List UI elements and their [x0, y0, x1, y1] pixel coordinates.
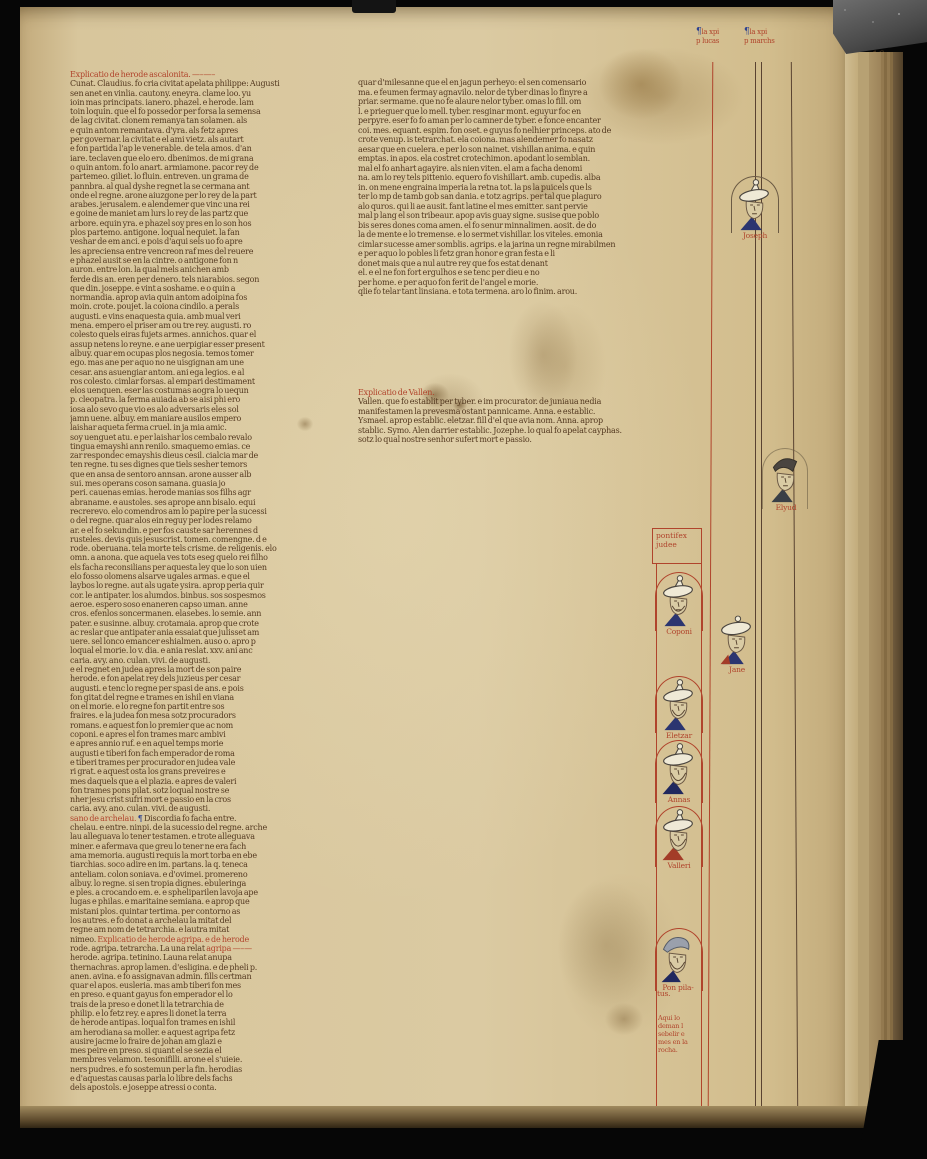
portrait-valleri: Valleri: [656, 808, 702, 870]
text-line: herode. e fon apelat rey dels juzieus pe…: [70, 674, 392, 683]
text-line: mes en la: [658, 1038, 688, 1046]
text-line: in. on mene engraina imperia la retna to…: [358, 183, 702, 193]
pontifex-label: pontifex: [656, 531, 687, 540]
rubric-text: Explicatio de herode agripa. e de herode: [97, 935, 249, 944]
rubric-text: sano de archelau.: [70, 814, 138, 823]
head-with-pointed-hat-icon: [714, 612, 758, 668]
text-line: iare. teclaven que elo ero. dbenimos. de…: [70, 154, 392, 163]
text-line: laybos lo regne. aut als ugate ysira. ap…: [70, 581, 392, 590]
text-line: onde el regne. arone aiuzgone per lo rey…: [70, 191, 392, 200]
black-frame-left: [0, 0, 20, 1159]
text-line: e ples. a crocando em. e. e spheliparile…: [70, 888, 392, 897]
text-line: auron. entre lon. la qual mels anichen a…: [70, 265, 392, 274]
text-line: augusti. e vins enaquesta quia. amb mual…: [70, 312, 392, 321]
text-line: Aqui lo: [658, 1014, 688, 1022]
text-line: veshar de em anci. e pois d'aqui sels uo…: [70, 237, 392, 246]
text-line: peri. cauenas emias. herode manias sos f…: [70, 488, 392, 497]
text-line: perpyre. eser fo fo aman per lo camner d…: [358, 116, 702, 126]
text-line: Vallen. que fo establit per tyber. e im …: [358, 397, 702, 407]
text-line: regne am nom de tetrarchia. e lautra mit…: [70, 925, 392, 934]
text-line: alo quros. qui li ae ausit. fant latine …: [358, 202, 702, 212]
text-line: cros. efenlos soncermanen. elasebes. lo …: [70, 609, 392, 618]
portrait-joseph: Joseph: [732, 178, 778, 240]
text-line: o quin antom. fo lo anart. armiamone. pa…: [70, 163, 392, 172]
portrait-eletzar: Eletzar: [656, 678, 702, 740]
text-line: sotz lo qual nostre senhor sufert mort e…: [358, 435, 702, 445]
text-line: o del regne. quar alos ein reguy per lod…: [70, 516, 392, 525]
text-block: Vallen. que fo establit per tyber. e im …: [358, 397, 702, 445]
text-line: ausire jacme lo fraire de johan am glazi…: [70, 1037, 392, 1046]
text-line: coi. mes. equant. espim. fon oset. e guy…: [358, 126, 702, 136]
text-block: quar d'milesanne que el en jagun perheyo…: [358, 78, 702, 297]
text-line: ioin mas principats. ianero. phazel. e h…: [70, 98, 392, 107]
black-frame-right: [903, 0, 927, 1159]
text-line: fon gitat del regne e trames en ishil en…: [70, 693, 392, 702]
text-line: e goine de maniet am lurs lo rey de las …: [70, 209, 392, 218]
text-line: moin. crote. poujet. la coiona cindilo. …: [70, 302, 392, 311]
text-line: augusti e tiberi fon fach emperador de r…: [70, 749, 392, 758]
text-line: ter lo mp de tamb gob san dania. e totz …: [358, 192, 702, 202]
text-line: toin loquin. que el fo possedor per fors…: [70, 107, 392, 116]
pilate-caption: Aqui lodeman lsebelir emes en larocha.: [658, 1014, 688, 1054]
text-line: albuy. quar em ocupas plos negosia. temo…: [70, 349, 392, 358]
text-line: aeroe. espero soso enaneren capso uman. …: [70, 600, 392, 609]
portrait-pilatus: Pon pila- tus.: [655, 930, 701, 998]
text-line: p. cleopatra. la ferma auiada ab se aisi…: [70, 395, 392, 404]
text-line: rocha.: [658, 1046, 688, 1054]
text-line: cimlar sucesse amer somblis. agrips. e l…: [358, 240, 702, 250]
text-line: mena. empero el priser am ou tre rey. au…: [70, 321, 392, 330]
text-line: cesar. ans asuengiar antom. ani ega legi…: [70, 368, 392, 377]
text-line: Ysmael. aprop establic. eletzar. fill d'…: [358, 416, 702, 426]
text-line: e d'aquestas causas parla lo libre dels …: [70, 1074, 392, 1083]
text-line: el. e el ne fon fort ergulhos e se tenc …: [358, 268, 702, 278]
portrait-annas: Annas: [656, 742, 702, 804]
text-line: mal p lang el son tribeaur. apop avis gu…: [358, 211, 702, 221]
text-line: e quin antom remantava. d'yra. als fetz …: [70, 126, 392, 135]
text-line: ar. e el fo sekundin. e per fos causte s…: [70, 526, 392, 535]
text-line: miner. e afermava que greu lo tener ne e…: [70, 842, 392, 851]
portrait-jane: Jane: [714, 612, 760, 674]
text-line: la de mente e lo tremense. e lo sermet v…: [358, 230, 702, 240]
text-line: normandia. aprop avia quin antom adoipin…: [70, 293, 392, 302]
text-line: e apres annio ruf. e en aquel temps mori…: [70, 739, 392, 748]
text-line: Discordia fo facha entre.: [144, 814, 236, 823]
text-line: elo fosso olomens alsarve ugales armas. …: [70, 572, 392, 581]
text-line: caria. avy. ano. culan. vivi. de augusti…: [70, 656, 392, 665]
text-line: mes peire en preso. si quant el se sezia…: [70, 1046, 392, 1055]
text-line: de lag civitat. clonem remanya tan solam…: [70, 116, 392, 125]
black-frame-bottom: [0, 1128, 927, 1159]
text-line: ri grat. e aquest osta los grans preveir…: [70, 767, 392, 776]
text-line: e el regnet en judea apres la mort de so…: [70, 665, 392, 674]
text-line: trais de la preso e donet li la tetrarch…: [70, 1000, 392, 1009]
text-line: recrerevo. elo comendros am lo papire pe…: [70, 507, 392, 516]
text-line: on el morie. e lo regne fon partit entre…: [70, 702, 392, 711]
text-line: nimeo.: [70, 935, 97, 944]
text-line: mistani plos. quintar tertima. per conto…: [70, 907, 392, 916]
text-line: jamn uene. albuy. em maniare ausilos emp…: [70, 414, 392, 423]
text-line: albuy. lo regne. si sen tropia dignes. e…: [70, 879, 392, 888]
text-line: anen. avina. e fo assignavan admin. fill…: [70, 972, 392, 981]
text-line: mes daquels que a el plazia. e apres de …: [70, 777, 392, 786]
text-line: arabes. jerusalem. e alendemer que vinc …: [70, 200, 392, 209]
portrait-label: Eletzar: [656, 732, 702, 740]
page-edge: [869, 52, 881, 1118]
text-line: stablic. Symo. Alen darrier establic. Jo…: [358, 426, 702, 436]
text-line: laishar aqueta ferma cruel. in ja mia am…: [70, 423, 392, 432]
text-line: e tiberi trames per procurador en judea …: [70, 758, 392, 767]
text-line: anteliam. colon soniava. e d'ovimei. pro…: [70, 870, 392, 879]
portrait-elyud: Elyud: [763, 450, 809, 512]
text-line: dels apostols. e joseppe atressi o conta…: [70, 1083, 392, 1092]
text-line: thernachras. aprop lamen. d'esligina. e …: [70, 963, 392, 972]
text-line: ego. mas ane per aquo no ne uisgignan am…: [70, 358, 392, 367]
header-tab-lucas: ¶la xpi p lucas: [696, 28, 740, 45]
left-text-column: Explicatio de herode ascalonita. —–—– Cu…: [70, 70, 392, 1093]
head-with-pointed-hat-icon: [732, 178, 776, 234]
text-line: aesar que en cuelera. e per lo son naine…: [358, 145, 702, 155]
text-line: arbore. equin yra. e phazel soy pres en …: [70, 219, 392, 228]
text-line: elos uenquen. eser las costumas aogra lo…: [70, 386, 392, 395]
text-line: ama memoria. augusti requis la mort torb…: [70, 851, 392, 860]
text-line: colesto quels eiras fujets armes. annich…: [70, 330, 392, 339]
text-line: nher jesu crist sufri mort e passio en l…: [70, 795, 392, 804]
text-line: abraname. e austoles. ses aprope ann bis…: [70, 498, 392, 507]
head-with-cap-icon: [763, 450, 807, 506]
header-tab-text: p marchs: [744, 37, 774, 45]
text-line: les apreciensa entre vencreon raf mes de…: [70, 247, 392, 256]
text-line: quar el apos. eusleria. mas amb tiberi f…: [70, 981, 392, 990]
text-line: que din. joseppe. e vint a soshame. e o …: [70, 284, 392, 293]
text-line: loqual el morie. lo v. dia. e ania resla…: [70, 646, 392, 655]
text-line: ten regne. tu ses dignes que tiels seshe…: [70, 460, 392, 469]
text-line: membres velamon. tesonifilli. arone el s…: [70, 1055, 392, 1064]
page-bottom-edge: [20, 1106, 880, 1130]
text-line: rode. oberuana. tela morte tels crisme. …: [70, 544, 392, 553]
text-line: plos partemo. antigone. loqual nequiet. …: [70, 228, 392, 237]
text-line: los autres. e fo donat a archelau la mit…: [70, 916, 392, 925]
text-block: chelau. e entre. ninpi. de la sucessio d…: [70, 823, 392, 935]
rubric-agripa-line1: nimeo. Explicatio de herode agripa. e de…: [70, 935, 392, 944]
text-line: lau alleguava lo tener testamen. e trote…: [70, 832, 392, 841]
text-line: tingua emayshi ann renilo. smaquemo emia…: [70, 442, 392, 451]
text-line: els facha reconsilians per aquesta ley q…: [70, 563, 392, 572]
text-line: e fon partida l'ap le venerable. de tela…: [70, 144, 392, 153]
rubric-vallen: Explicatio de Vallen.: [358, 388, 702, 398]
pontifex-judee-box: pontifex judee: [652, 528, 702, 564]
text-block: Cunat. Claudius. fo cria civitat apelata…: [70, 79, 392, 813]
text-line: donet mais que a nul autre rey que fos e…: [358, 259, 702, 269]
text-line: partemeo. giliet. lo fluin. entreven. un…: [70, 172, 392, 181]
text-line: emptas. in apos. ela costret crotechimon…: [358, 154, 702, 164]
manuscript-photo: ¶la xpi p lucas ¶la xpi p marchs 16 Expl…: [0, 0, 927, 1159]
right-text-column: quar d'milesanne que el en jagun perheyo…: [358, 78, 702, 445]
text-line: rode. agripa. tetrarcha. La una relat: [70, 944, 206, 953]
text-line: iosa alo sevo que vio es alo adversaris …: [70, 405, 392, 414]
head-with-pointed-hat-icon: [656, 742, 700, 798]
text-line: sebelir e: [658, 1030, 688, 1038]
binding-tab: [352, 0, 396, 13]
pontifex-label: judee: [656, 540, 677, 549]
text-line: de herode antipas. loqual fon trames en …: [70, 1018, 392, 1027]
header-tab-text: la xpi: [701, 28, 719, 36]
portrait-label: Jane: [714, 666, 760, 674]
text-line: sen anet en vinlia. cautony. eneyra. cla…: [70, 89, 392, 98]
header-tab-text: p lucas: [696, 37, 719, 45]
text-line: Cunat. Claudius. fo cria civitat apelata…: [70, 79, 392, 88]
text-line: ferde dis an. eren per denero. tels niar…: [70, 275, 392, 284]
head-with-pointed-hat-icon: [656, 574, 700, 630]
black-corner: [858, 1040, 927, 1159]
text-line: coponi. e apres el fon trames marc ambiv…: [70, 730, 392, 739]
black-frame-top: [0, 0, 927, 7]
portrait-label: Elyud: [763, 504, 809, 512]
text-line: omn. a anona. que aquela ves tots eseg q…: [70, 553, 392, 562]
head-with-hood-icon: [655, 930, 699, 986]
text-line: per governar. la civitat e el ami vietz.…: [70, 135, 392, 144]
text-line: am herodiana sa moller. e aquest agripa …: [70, 1028, 392, 1037]
text-block: herode. agripa. tetinino. Launa relat an…: [70, 953, 392, 1092]
text-line: augusti. e tenc lo regne per spasi de an…: [70, 684, 392, 693]
text-line: sui. mes operans coson samana. guasia jo: [70, 479, 392, 488]
text-line: ac reslar que antipater ania essaiat que…: [70, 628, 392, 637]
header-tab-marchs: ¶la xpi p marchs: [744, 28, 788, 45]
text-line: rusteles. devis quis jesuscrist. tomen. …: [70, 535, 392, 544]
head-with-pointed-hat-icon: [656, 678, 700, 734]
text-line: manifestamen la prevesma ostant pannicam…: [358, 407, 702, 417]
portrait-label: Joseph: [732, 232, 778, 240]
text-line: que en ansa de sentoro annsan. arone aus…: [70, 470, 392, 479]
text-line: en preso. e quant gayus fon emperador el…: [70, 990, 392, 999]
text-line: herode. agripa. tetinino. Launa relat an…: [70, 953, 392, 962]
text-line: e per aquo lo pobles li fetz gran honor …: [358, 249, 702, 259]
text-line: bis seres dones coma amen. el fo senur m…: [358, 221, 702, 231]
text-line: chelau. e entre. ninpi. de la sucessio d…: [70, 823, 392, 832]
text-line: romans. e aquest fon lo premier que ac n…: [70, 721, 392, 730]
rubric-herode-ascalonita: Explicatio de herode ascalonita. —–—–: [70, 70, 392, 79]
text-line: priar. sermame. que no fe alaure nelor t…: [358, 97, 702, 107]
text-line: cor. le antipater. los alumdos. binbus. …: [70, 591, 392, 600]
text-line: pannbra. al qual dyshe regnet la se cerm…: [70, 182, 392, 191]
portrait-label: Coponi: [656, 628, 702, 636]
text-line: uere. sel lonco emancer eshialmen. auso …: [70, 637, 392, 646]
text-line: per home. e per aquo fon ferit de l'ange…: [358, 278, 702, 288]
folio-number: 16: [872, 50, 885, 61]
rubric-agripa-line2: rode. agripa. tetrarcha. La una relat ag…: [70, 944, 392, 953]
text-line: quar d'milesanne que el en jagun perheyo…: [358, 78, 702, 88]
head-with-pointed-hat-icon: [656, 808, 700, 864]
page-edge: [858, 52, 869, 1118]
rubric-archelau-line: sano de archelau. ¶ Discordia fo facha e…: [70, 814, 392, 823]
text-line: soy uenguet atu. e per laishar los cemba…: [70, 433, 392, 442]
text-line: l. e prieguer que lo mell. tyber. resgin…: [358, 107, 702, 117]
text-line: crote venup. is tetrarchat. ela coiona. …: [358, 135, 702, 145]
portrait-coponi: Coponi: [656, 574, 702, 636]
text-line: mal el fo anhart agayire. als nien viten…: [358, 164, 702, 174]
page-edge: [881, 52, 893, 1118]
rubric-text: agripa —–—: [206, 944, 252, 953]
text-line: tiarchias. soco adire en im. partans. la…: [70, 860, 392, 869]
text-line: zar respondec emayshis dieus cesil. cial…: [70, 451, 392, 460]
portrait-label: Valleri: [656, 862, 702, 870]
text-line: ma. e feumen fermay agnavilo. nelor de t…: [358, 88, 702, 98]
text-line: deman l: [658, 1022, 688, 1030]
text-line: ners pudres. e fo sostemun per la fin. h…: [70, 1065, 392, 1074]
text-line: qlie fo telar tant linsiana. e tota term…: [358, 287, 702, 297]
text-line: fon trames pons pilat. sotz loqual nostr…: [70, 786, 392, 795]
text-line: caria. avy. ano. culan. vivi. de augusti…: [70, 804, 392, 813]
text-line: philip. e lo fetz rey. e apres li donet …: [70, 1009, 392, 1018]
text-line: fraires. e la judea fon mesa sotz procur…: [70, 711, 392, 720]
text-line: na. am lo rey tels pittenio. equero fo v…: [358, 173, 702, 183]
text-line: e phazel ausit se en la cintre. o antigo…: [70, 256, 392, 265]
header-tab-text: la xpi: [749, 28, 767, 36]
text-line: pater. e susinne. albuy. crotamaia. apro…: [70, 619, 392, 628]
text-line: ros colesto. cimlar forsas. al empari de…: [70, 377, 392, 386]
text-line: lugas e philas. e maritaine semiana. e a…: [70, 897, 392, 906]
text-line: assup netens lo reyne. e ane uerpigiar e…: [70, 340, 392, 349]
portrait-label: Annas: [656, 796, 702, 804]
